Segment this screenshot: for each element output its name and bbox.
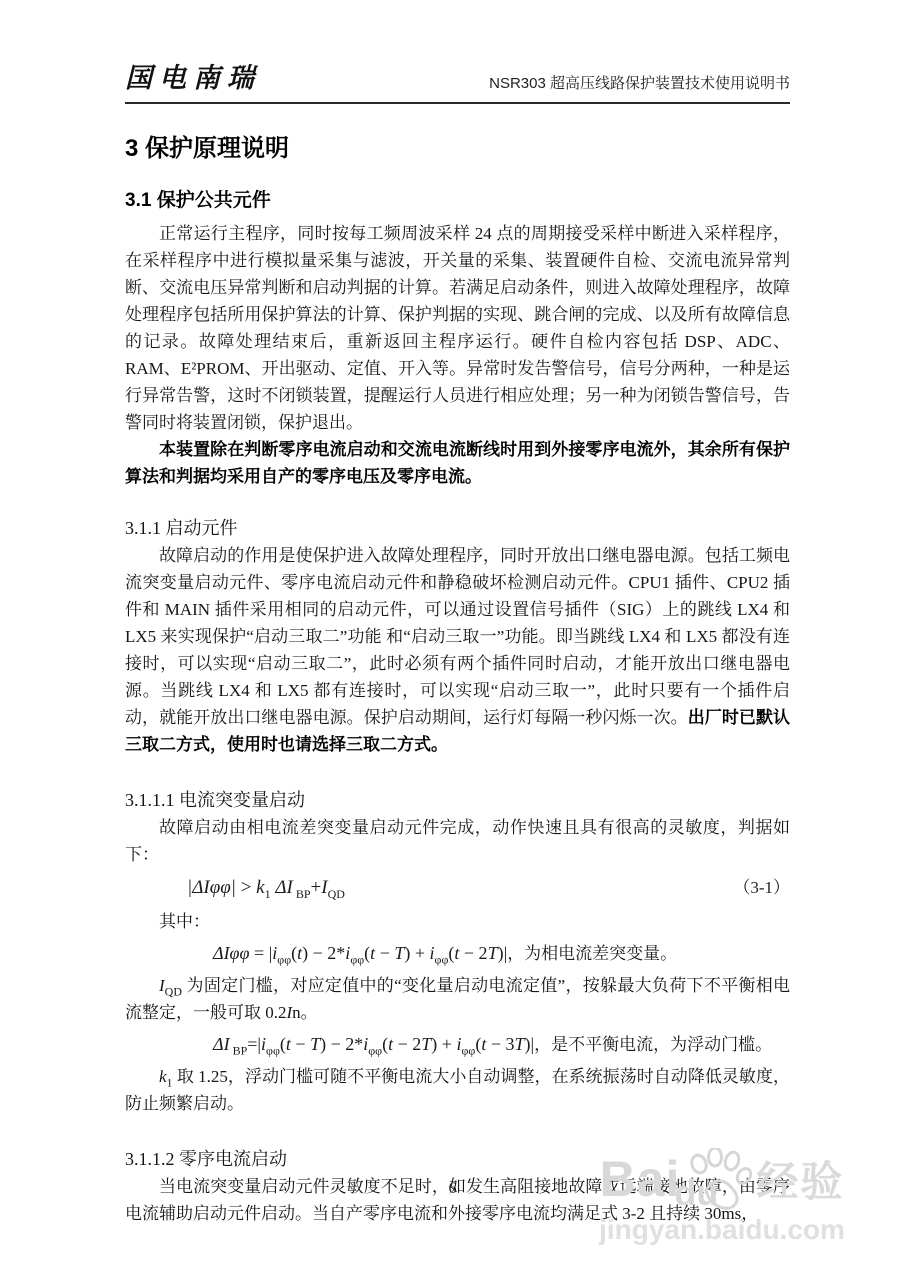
paragraph-k1-value: k1 取 1.25，浮动门槛可随不平衡电流大小自动调整，在系统振荡时自动降低灵敏… xyxy=(125,1063,790,1117)
company-logo: 国电南瑞 xyxy=(125,56,261,95)
equation-number-3-1: （3-1） xyxy=(733,872,790,904)
paragraph-main-program: 正常运行主程序，同时按每工频周波采样 24 点的周期接受采样中断进入采样程序，在… xyxy=(125,220,790,436)
page-number: 6 xyxy=(0,1180,905,1198)
page-header: 国电南瑞 NSR303 超高压线路保护装置技术使用说明书 xyxy=(125,56,790,104)
formula-bp-definition: ΔI BP=|iφφ(t − T) − 2*iφφ(t − 2T) + iφφ(… xyxy=(125,1028,790,1061)
formula-3-1-expression: |ΔIφφ| > k1 ΔI BP+IQD xyxy=(125,872,345,904)
doc-title: NSR303 超高压线路保护装置技术使用说明书 xyxy=(489,72,790,95)
formula-delta-definition: ΔIφφ = |iφφ(t) − 2*iφφ(t − T) + iφφ(t − … xyxy=(125,937,790,970)
paragraph-criterion-intro: 故障启动由相电流差突变量启动元件完成，动作快速且具有很高的灵敏度，判据如下： xyxy=(125,814,790,868)
label-among: 其中： xyxy=(125,908,790,935)
formula-3-1: |ΔIφφ| > k1 ΔI BP+IQD （3-1） xyxy=(125,872,790,904)
paragraph-zero-seq-note: 本装置除在判断零序电流启动和交流电流断线时用到外接零序电流外，其余所有保护算法和… xyxy=(125,436,790,490)
subsubsection-heading-current-surge: 3.1.1.1 电流突变量启动 xyxy=(125,786,790,812)
subsubsection-heading-zero-seq: 3.1.1.2 零序电流启动 xyxy=(125,1145,790,1171)
subsection-heading-startup: 3.1.1 启动元件 xyxy=(125,514,790,540)
document-page: 国电南瑞 NSR303 超高压线路保护装置技术使用说明书 3 保护原理说明 3.… xyxy=(0,0,905,1227)
section-heading: 3.1 保护公共元件 xyxy=(125,185,790,212)
paragraph-startup-element: 故障启动的作用是使保护进入故障处理程序，同时开放出口继电器电源。包括工频电流突变… xyxy=(125,542,790,758)
paragraph-startup-normal: 故障启动的作用是使保护进入故障处理程序，同时开放出口继电器电源。包括工频电流突变… xyxy=(125,546,790,727)
chapter-heading: 3 保护原理说明 xyxy=(125,128,790,163)
paragraph-iqd-threshold: IQD 为固定门槛，对应定值中的“变化量启动电流定值”，按躲最大负荷下不平衡相电… xyxy=(125,972,790,1026)
